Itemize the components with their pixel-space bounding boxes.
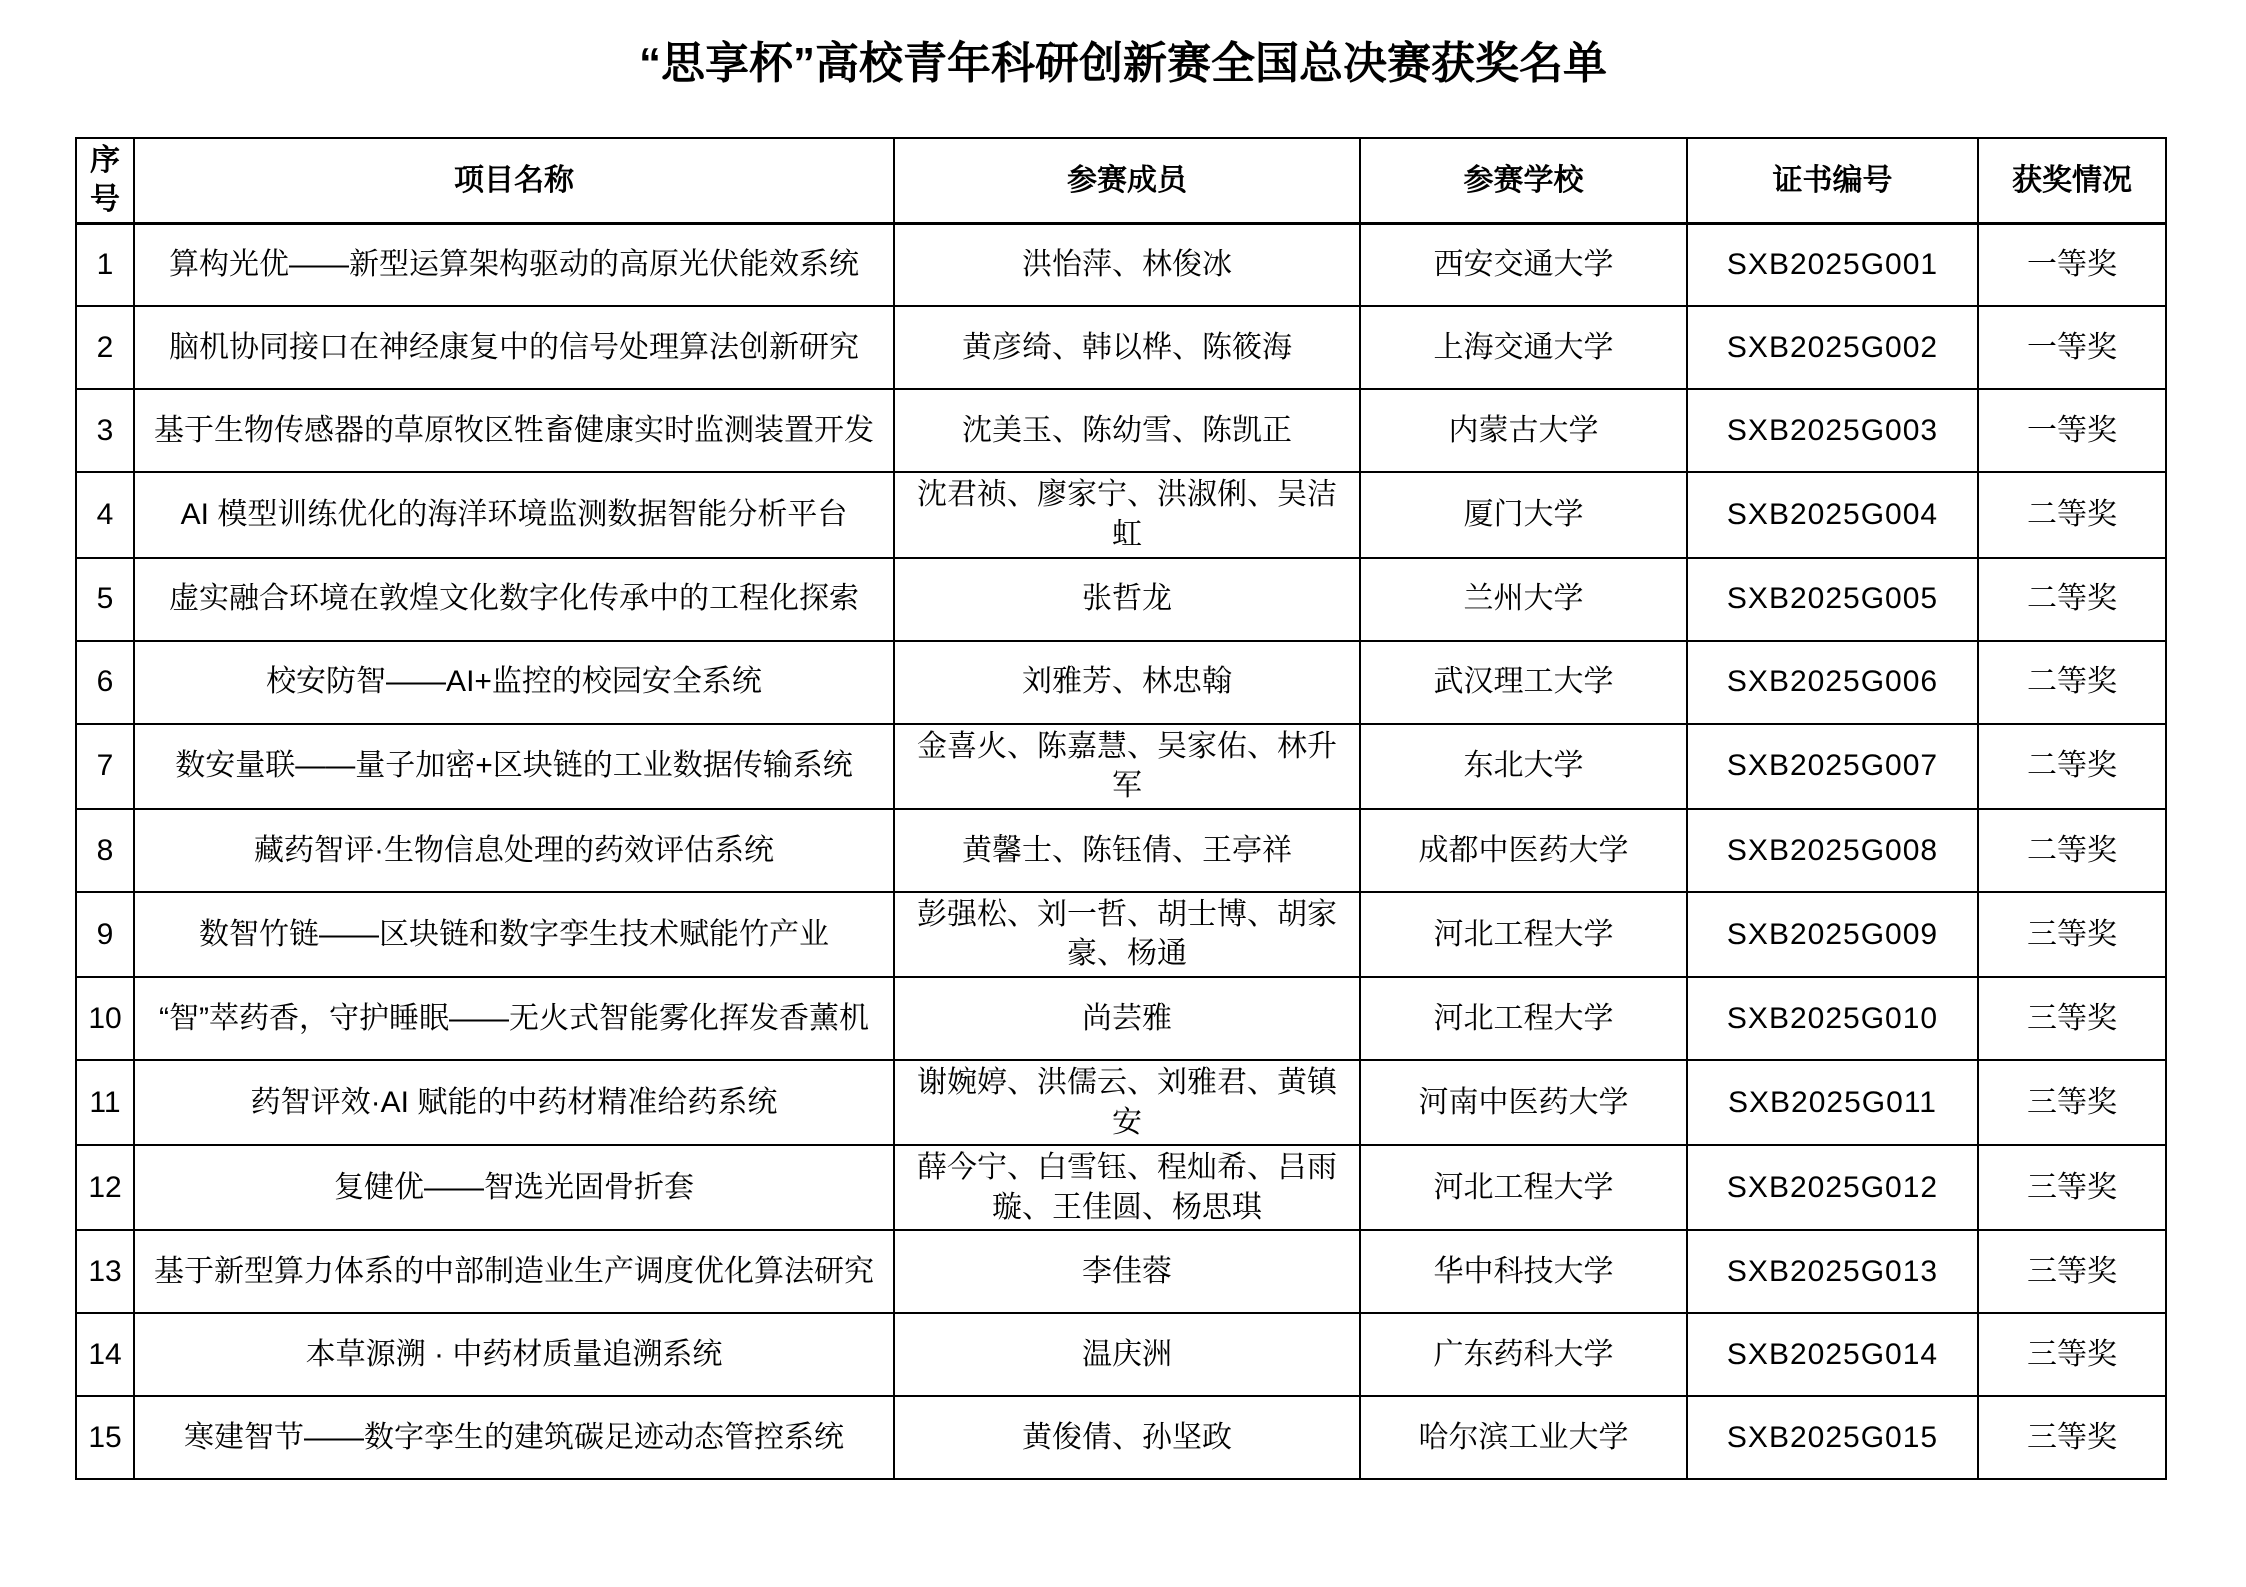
cell-no: 9 [76,892,134,977]
cell-award: 三等奖 [1978,977,2166,1060]
cell-members: 李佳蓉 [894,1230,1360,1313]
cell-project: 数安量联——量子加密+区块链的工业数据传输系统 [134,724,894,809]
cell-members: 温庆洲 [894,1313,1360,1396]
cell-members: 谢婉婷、洪儒云、刘雅君、黄镇安 [894,1060,1360,1145]
table-row: 8藏药智评·生物信息处理的药效评估系统黄馨士、陈钰倩、王亭祥成都中医药大学SXB… [76,809,2166,892]
awards-table: 序号 项目名称 参赛成员 参赛学校 证书编号 获奖情况 1算构光优——新型运算架… [75,137,2167,1481]
table-row: 10“智”萃药香，守护睡眠——无火式智能雾化挥发香薰机尚芸雅河北工程大学SXB2… [76,977,2166,1060]
page-title: “思享杯”高校青年科研创新赛全国总决赛获奖名单 [0,38,2246,91]
cell-no: 1 [76,223,134,306]
cell-cert: SXB2025G012 [1687,1145,1978,1230]
cell-members: 黄俊倩、孙坚政 [894,1396,1360,1479]
cell-members: 黄馨士、陈钰倩、王亭祥 [894,809,1360,892]
cell-award: 三等奖 [1978,892,2166,977]
cell-award: 二等奖 [1978,558,2166,641]
cell-members: 彭强松、刘一哲、胡士博、胡家豪、杨通 [894,892,1360,977]
awards-table-body: 1算构光优——新型运算架构驱动的高原光伏能效系统洪怡萍、林俊冰西安交通大学SXB… [76,223,2166,1479]
cell-project: 脑机协同接口在神经康复中的信号处理算法创新研究 [134,306,894,389]
cell-award: 三等奖 [1978,1060,2166,1145]
cell-members: 尚芸雅 [894,977,1360,1060]
header-row: 序号 项目名称 参赛成员 参赛学校 证书编号 获奖情况 [76,138,2166,224]
cell-project: 复健优——智选光固骨折套 [134,1145,894,1230]
cell-school: 上海交通大学 [1360,306,1687,389]
table-row: 13基于新型算力体系的中部制造业生产调度优化算法研究李佳蓉华中科技大学SXB20… [76,1230,2166,1313]
cell-project: AI 模型训练优化的海洋环境监测数据智能分析平台 [134,472,894,557]
table-row: 4AI 模型训练优化的海洋环境监测数据智能分析平台沈君祯、廖家宁、洪淑俐、吴洁虹… [76,472,2166,557]
table-row: 12复健优——智选光固骨折套薛今宁、白雪钰、程灿希、吕雨璇、王佳圆、杨思琪河北工… [76,1145,2166,1230]
cell-no: 8 [76,809,134,892]
cell-no: 4 [76,472,134,557]
cell-school: 武汉理工大学 [1360,641,1687,724]
cell-award: 三等奖 [1978,1230,2166,1313]
cell-project: 校安防智——AI+监控的校园安全系统 [134,641,894,724]
cell-cert: SXB2025G002 [1687,306,1978,389]
table-row: 9数智竹链——区块链和数字孪生技术赋能竹产业彭强松、刘一哲、胡士博、胡家豪、杨通… [76,892,2166,977]
cell-school: 河北工程大学 [1360,977,1687,1060]
table-row: 3基于生物传感器的草原牧区牲畜健康实时监测装置开发沈美玉、陈幼雪、陈凯正内蒙古大… [76,389,2166,472]
cell-project: 数智竹链——区块链和数字孪生技术赋能竹产业 [134,892,894,977]
col-header-members: 参赛成员 [894,138,1360,224]
cell-members: 金喜火、陈嘉慧、吴家佑、林升军 [894,724,1360,809]
cell-cert: SXB2025G006 [1687,641,1978,724]
cell-award: 一等奖 [1978,306,2166,389]
cell-award: 二等奖 [1978,724,2166,809]
cell-school: 河北工程大学 [1360,1145,1687,1230]
table-row: 1算构光优——新型运算架构驱动的高原光伏能效系统洪怡萍、林俊冰西安交通大学SXB… [76,223,2166,306]
cell-cert: SXB2025G004 [1687,472,1978,557]
cell-no: 11 [76,1060,134,1145]
table-row: 2脑机协同接口在神经康复中的信号处理算法创新研究黄彦绮、韩以桦、陈筱海上海交通大… [76,306,2166,389]
cell-award: 一等奖 [1978,389,2166,472]
cell-project: 药智评效·AI 赋能的中药材精准给药系统 [134,1060,894,1145]
cell-school: 厦门大学 [1360,472,1687,557]
table-row: 11药智评效·AI 赋能的中药材精准给药系统谢婉婷、洪儒云、刘雅君、黄镇安河南中… [76,1060,2166,1145]
cell-cert: SXB2025G015 [1687,1396,1978,1479]
table-row: 15寒建智节——数字孪生的建筑碳足迹动态管控系统黄俊倩、孙坚政哈尔滨工业大学SX… [76,1396,2166,1479]
cell-award: 二等奖 [1978,809,2166,892]
col-header-certificate-no: 证书编号 [1687,138,1978,224]
cell-cert: SXB2025G011 [1687,1060,1978,1145]
col-header-school: 参赛学校 [1360,138,1687,224]
cell-cert: SXB2025G007 [1687,724,1978,809]
cell-award: 三等奖 [1978,1145,2166,1230]
col-header-award: 获奖情况 [1978,138,2166,224]
cell-cert: SXB2025G014 [1687,1313,1978,1396]
cell-no: 12 [76,1145,134,1230]
cell-members: 刘雅芳、林忠翰 [894,641,1360,724]
cell-no: 13 [76,1230,134,1313]
col-header-index: 序号 [76,138,134,224]
cell-members: 沈美玉、陈幼雪、陈凯正 [894,389,1360,472]
cell-project: 藏药智评·生物信息处理的药效评估系统 [134,809,894,892]
cell-members: 薛今宁、白雪钰、程灿希、吕雨璇、王佳圆、杨思琪 [894,1145,1360,1230]
cell-award: 三等奖 [1978,1396,2166,1479]
cell-project: “智”萃药香，守护睡眠——无火式智能雾化挥发香薰机 [134,977,894,1060]
cell-school: 华中科技大学 [1360,1230,1687,1313]
cell-members: 黄彦绮、韩以桦、陈筱海 [894,306,1360,389]
cell-school: 河南中医药大学 [1360,1060,1687,1145]
cell-members: 张哲龙 [894,558,1360,641]
table-row: 6校安防智——AI+监控的校园安全系统刘雅芳、林忠翰武汉理工大学SXB2025G… [76,641,2166,724]
cell-members: 洪怡萍、林俊冰 [894,223,1360,306]
cell-award: 二等奖 [1978,641,2166,724]
cell-award: 一等奖 [1978,223,2166,306]
cell-no: 14 [76,1313,134,1396]
cell-no: 15 [76,1396,134,1479]
cell-cert: SXB2025G010 [1687,977,1978,1060]
cell-cert: SXB2025G003 [1687,389,1978,472]
cell-project: 算构光优——新型运算架构驱动的高原光伏能效系统 [134,223,894,306]
cell-award: 三等奖 [1978,1313,2166,1396]
cell-school: 成都中医药大学 [1360,809,1687,892]
document-page: “思享杯”高校青年科研创新赛全国总决赛获奖名单 序号 项目名称 参赛成员 参赛学… [0,0,2246,1587]
cell-school: 东北大学 [1360,724,1687,809]
cell-school: 兰州大学 [1360,558,1687,641]
cell-cert: SXB2025G013 [1687,1230,1978,1313]
cell-award: 二等奖 [1978,472,2166,557]
cell-project: 基于生物传感器的草原牧区牲畜健康实时监测装置开发 [134,389,894,472]
cell-no: 2 [76,306,134,389]
cell-members: 沈君祯、廖家宁、洪淑俐、吴洁虹 [894,472,1360,557]
cell-cert: SXB2025G001 [1687,223,1978,306]
cell-no: 3 [76,389,134,472]
cell-cert: SXB2025G008 [1687,809,1978,892]
cell-school: 广东药科大学 [1360,1313,1687,1396]
cell-no: 6 [76,641,134,724]
cell-no: 5 [76,558,134,641]
cell-no: 7 [76,724,134,809]
cell-cert: SXB2025G009 [1687,892,1978,977]
cell-cert: SXB2025G005 [1687,558,1978,641]
table-row: 5虚实融合环境在敦煌文化数字化传承中的工程化探索张哲龙兰州大学SXB2025G0… [76,558,2166,641]
cell-project: 基于新型算力体系的中部制造业生产调度优化算法研究 [134,1230,894,1313]
table-row: 14本草源溯 · 中药材质量追溯系统温庆洲广东药科大学SXB2025G014三等… [76,1313,2166,1396]
cell-school: 西安交通大学 [1360,223,1687,306]
cell-project: 寒建智节——数字孪生的建筑碳足迹动态管控系统 [134,1396,894,1479]
cell-project: 本草源溯 · 中药材质量追溯系统 [134,1313,894,1396]
col-header-project-name: 项目名称 [134,138,894,224]
table-row: 7数安量联——量子加密+区块链的工业数据传输系统金喜火、陈嘉慧、吴家佑、林升军东… [76,724,2166,809]
cell-no: 10 [76,977,134,1060]
cell-school: 内蒙古大学 [1360,389,1687,472]
cell-school: 哈尔滨工业大学 [1360,1396,1687,1479]
cell-school: 河北工程大学 [1360,892,1687,977]
cell-project: 虚实融合环境在敦煌文化数字化传承中的工程化探索 [134,558,894,641]
